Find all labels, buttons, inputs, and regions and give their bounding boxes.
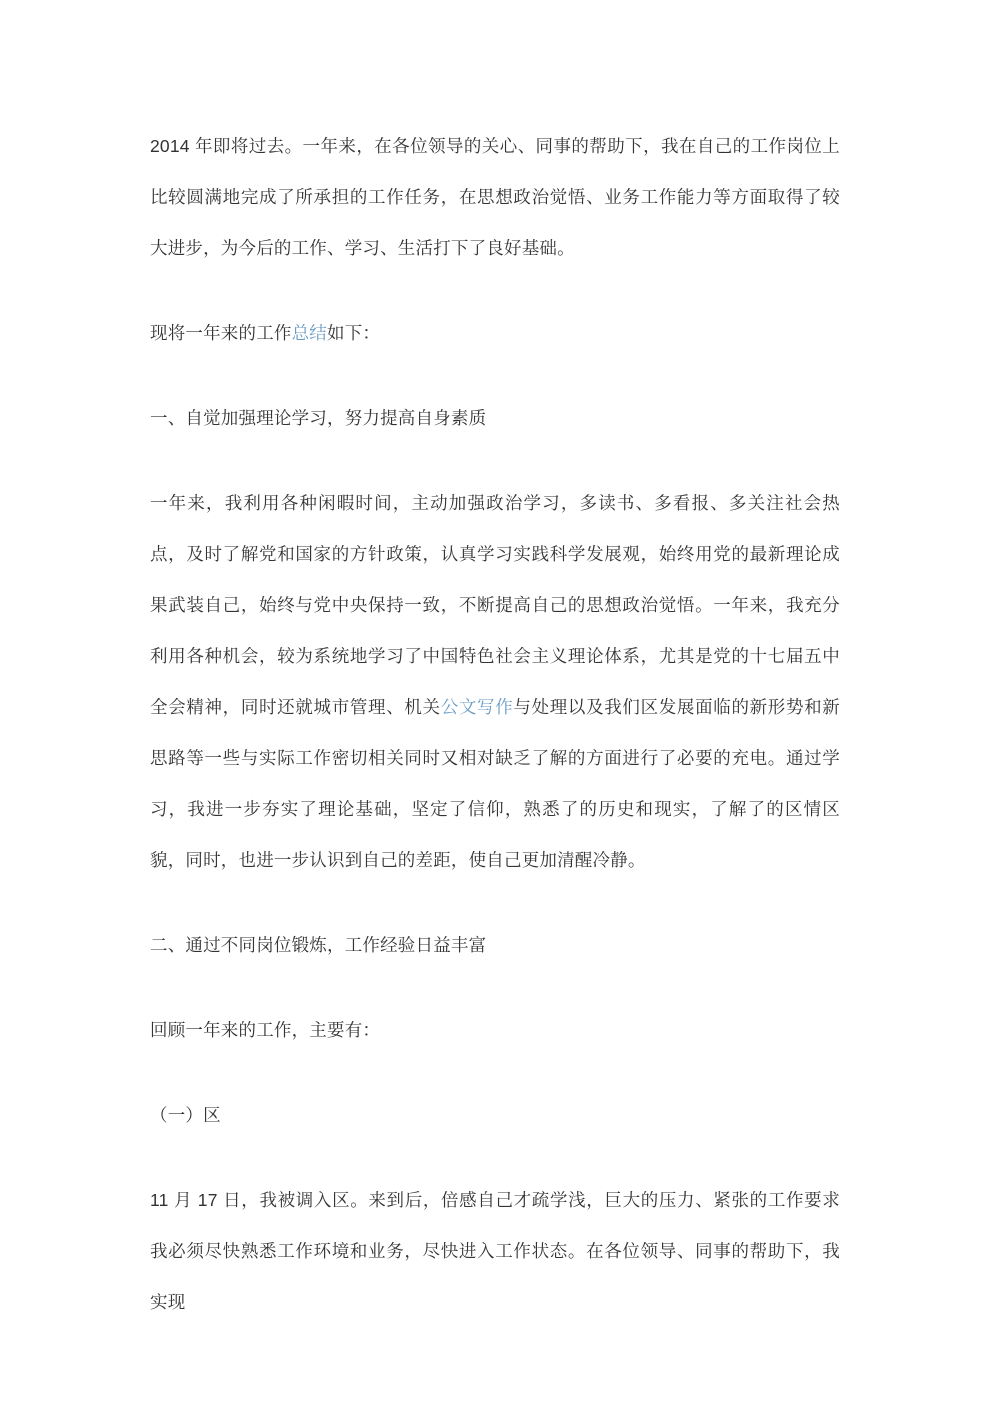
heading-subsection-1: （一）区 <box>150 1090 840 1141</box>
text-run: 11 月 17 日，我被调入区。来到后，倍感自己才疏学浅，巨大的压力、紧张的工作… <box>150 1190 840 1312</box>
summary-link[interactable]: 总结 <box>292 323 327 343</box>
text-run: 二、通过不同岗位锻炼，工作经验日益丰富 <box>150 935 486 955</box>
text-run: 与处理以及我们区发展面临的新形势和新思路等一些与实际工作密切相关同时又相对缺乏了… <box>150 697 840 870</box>
paragraph-review-lead: 回顾一年来的工作，主要有： <box>150 1005 840 1056</box>
text-run: 2014 年即将过去。一年来，在各位领导的关心、同事的帮助下，我在自己的工作岗位… <box>150 136 840 258</box>
text-run: 回顾一年来的工作，主要有： <box>150 1020 380 1040</box>
document-page: 2014 年即将过去。一年来，在各位领导的关心、同事的帮助下，我在自己的工作岗位… <box>0 0 1000 1415</box>
text-run: （一）区 <box>150 1105 221 1125</box>
text-run: 一年来，我利用各种闲暇时间，主动加强政治学习，多读书、多看报、多关注社会热点，及… <box>150 493 840 717</box>
heading-section-2: 二、通过不同岗位锻炼，工作经验日益丰富 <box>150 920 840 971</box>
official-writing-link[interactable]: 公文写作 <box>441 697 514 717</box>
text-run: 一、自觉加强理论学习，努力提高自身素质 <box>150 408 486 428</box>
paragraph-intro: 2014 年即将过去。一年来，在各位领导的关心、同事的帮助下，我在自己的工作岗位… <box>150 121 840 274</box>
paragraph-subsection-1-body: 11 月 17 日，我被调入区。来到后，倍感自己才疏学浅，巨大的压力、紧张的工作… <box>150 1175 840 1328</box>
text-run: 现将一年来的工作 <box>150 323 292 343</box>
paragraph-section-1-body: 一年来，我利用各种闲暇时间，主动加强政治学习，多读书、多看报、多关注社会热点，及… <box>150 478 840 886</box>
text-run: 如下： <box>327 323 380 343</box>
heading-section-1: 一、自觉加强理论学习，努力提高自身素质 <box>150 393 840 444</box>
paragraph-summary-lead: 现将一年来的工作总结如下： <box>150 308 840 359</box>
